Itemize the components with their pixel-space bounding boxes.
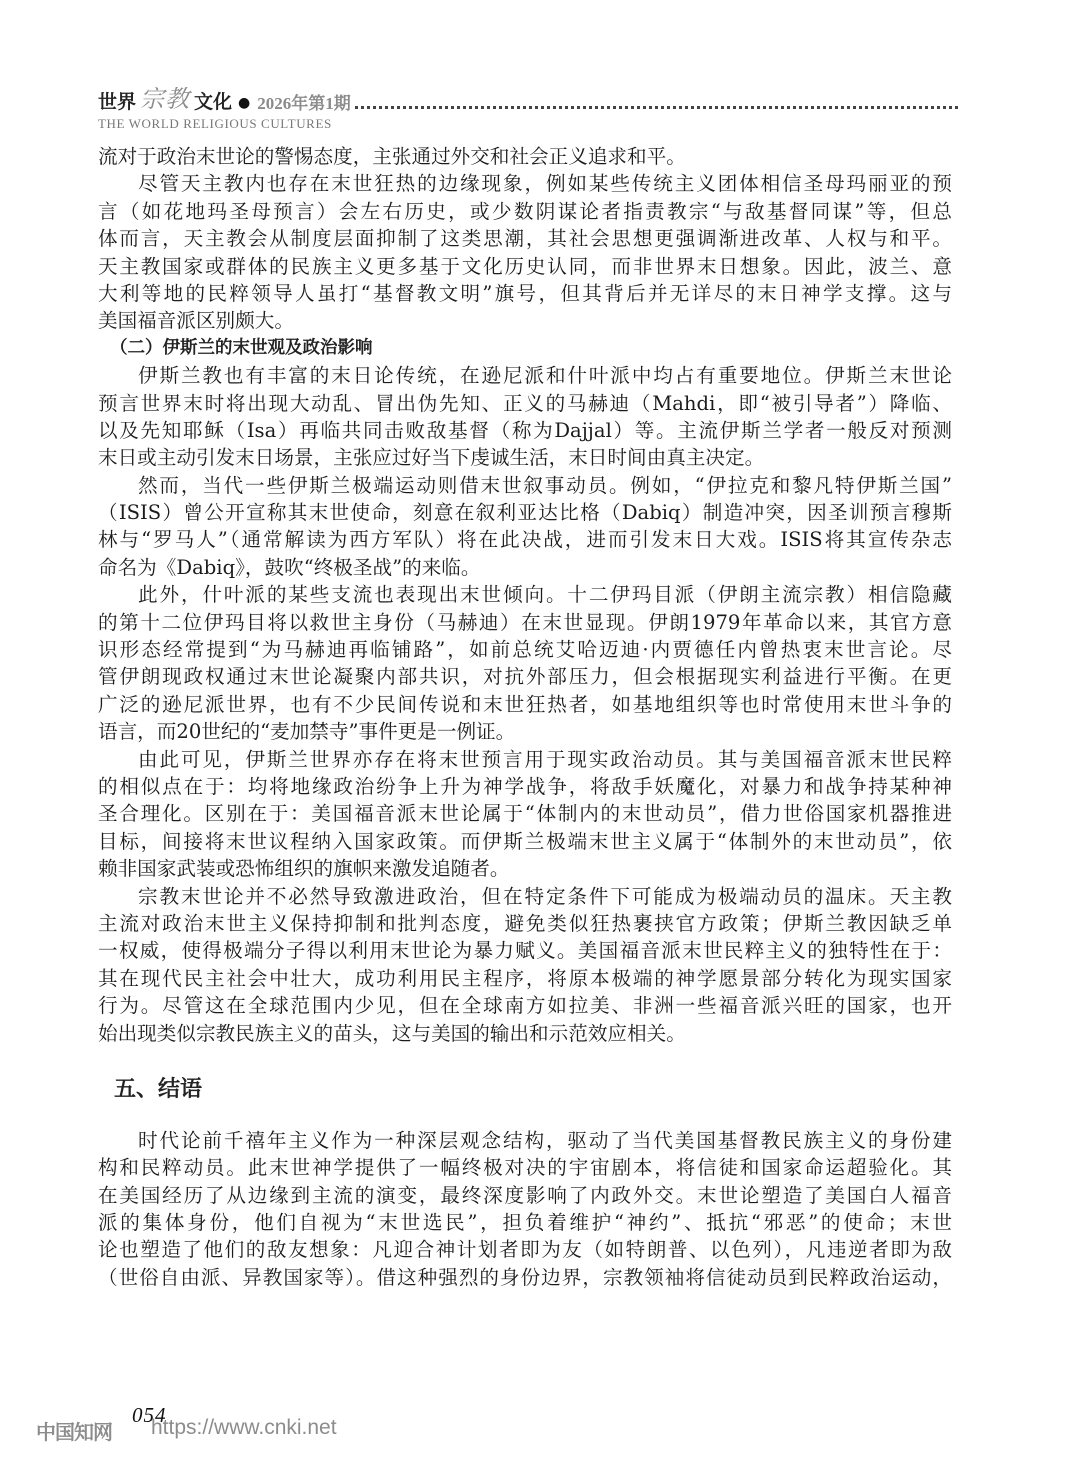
text-line: 行为。尽管这在全球范围内少见，但在全球南方如拉美、非洲一些福音派兴旺的国家，也开	[98, 992, 952, 1019]
paragraph: 宗教末世论并不必然导致激进政治，但在特定条件下可能成为极端动员的温床。天主教 主…	[98, 883, 952, 1047]
text-line: 赖非国家武装或恐怖组织的旗帜来激发追随者。	[98, 855, 952, 882]
text-line: 派的集体身份，他们自视为“末世选民”，担负着维护“神约”、抵抗“邪恶”的使命；末…	[98, 1209, 952, 1236]
article-body: 流对于政治末世论的警惕态度，主张通过外交和社会正义追求和平。 尽管天主教内也存在…	[98, 143, 952, 1291]
running-header: 世界 宗教 文化 ● 2026年第1期 THE WORLD RELIGIOUS …	[98, 86, 958, 132]
text-line: 语言，而20世纪的“麦加禁寺”事件更是一例证。	[98, 718, 952, 745]
text-line: 伊斯兰教也有丰富的末日论传统，在逊尼派和什叶派中均占有重要地位。伊斯兰末世论	[98, 362, 952, 389]
spacer	[98, 1109, 952, 1127]
paragraph: 由此可见，伊斯兰世界亦存在将末世预言用于现实政治动员。其与美国福音派末世民粹 的…	[98, 746, 952, 883]
subsection-heading: （二）伊斯兰的末世观及政治影响	[98, 335, 952, 362]
text-line: 林与“罗马人”（通常解读为西方军队）将在此决战，进而引发末日大戏。ISIS将其宣…	[98, 526, 952, 553]
text-line: 构和民粹动员。此末世神学提供了一幅终极对决的宇宙剧本，将信徒和国家命运超验化。其	[98, 1154, 952, 1181]
cnki-watermark-url: https://www.cnki.net	[151, 1416, 337, 1440]
paragraph: 然而，当代一些伊斯兰极端运动则借末世叙事动员。例如，“伊拉克和黎凡特伊斯兰国” …	[98, 472, 952, 582]
text-line: （ISIS）曾公开宣称其末世使命，刻意在叙利亚达比格（Dabiq）制造冲突，因圣…	[98, 499, 952, 526]
journal-title-part1: 世界	[98, 87, 136, 114]
text-line: 宗教末世论并不必然导致激进政治，但在特定条件下可能成为极端动员的温床。天主教	[98, 883, 952, 910]
page-footer: 中国知网 054 https://www.cnki.net	[36, 1402, 536, 1452]
text-line: 命名为《Dabiq》，鼓吹“终极圣战”的来临。	[98, 554, 952, 581]
spacer	[98, 1047, 952, 1069]
issue-label: 2026年第1期	[257, 89, 351, 114]
text-line: 由此可见，伊斯兰世界亦存在将末世预言用于现实政治动员。其与美国福音派末世民粹	[98, 746, 952, 773]
text-line: 管伊朗现政权通过末世论凝聚内部共识，对抗外部压力，但会根据现实利益进行平衡。在更	[98, 663, 952, 690]
text-line: 的第十二位伊玛目将以救世主身份（马赫迪）在末世显现。伊朗1979年革命以来，其官…	[98, 609, 952, 636]
text-line: 天主教国家或群体的民族主义更多基于文化历史认同，而非世界末日想象。因此，波兰、意	[98, 253, 952, 280]
text-line: 论也塑造了他们的敌友想象：凡迎合神计划者即为友（如特朗普、以色列），凡违逆者即为…	[98, 1236, 952, 1263]
bullet-icon: ●	[238, 95, 250, 111]
text-line: 大利等地的民粹领导人虽打“基督教文明”旗号，但其背后并无详尽的末日神学支撑。这与	[98, 280, 952, 307]
text-line: 在美国经历了从边缘到主流的演变，最终深度影响了内政外交。末世论塑造了美国白人福音	[98, 1182, 952, 1209]
text-line: 以及先知耶稣（Isa）再临共同击败敌基督（称为Dajjal）等。主流伊斯兰学者一…	[98, 417, 952, 444]
text-line: 然而，当代一些伊斯兰极端运动则借末世叙事动员。例如，“伊拉克和黎凡特伊斯兰国”	[98, 472, 952, 499]
paragraph: 此外，什叶派的某些支流也表现出末世倾向。十二伊玛目派（伊朗主流宗教）相信隐藏 的…	[98, 581, 952, 745]
text-line: 主流对政治末世主义保持抑制和批判态度，避免类似狂热裹挟官方政策；伊斯兰教因缺乏单	[98, 910, 952, 937]
text-line: 一权威，使得极端分子得以利用末世论为暴力赋义。美国福音派末世民粹主义的独特性在于…	[98, 937, 952, 964]
text-line: 体而言，天主教会从制度层面抑制了这类思潮，其社会思想更强调渐进改革、人权与和平。	[98, 225, 952, 252]
paragraph: 伊斯兰教也有丰富的末日论传统，在逊尼派和什叶派中均占有重要地位。伊斯兰末世论 预…	[98, 362, 952, 472]
text-line: 言（如花地玛圣母预言）会左右历史，或少数阴谋论者指责教宗“与敌基督同谋”等，但总	[98, 198, 952, 225]
text-line: 时代论前千禧年主义作为一种深层观念结构，驱动了当代美国基督教民族主义的身份建	[98, 1127, 952, 1154]
paragraph: 时代论前千禧年主义作为一种深层观念结构，驱动了当代美国基督教民族主义的身份建 构…	[98, 1127, 952, 1291]
text-line: 识形态经常提到“为马赫迪再临铺路”，如前总统艾哈迈迪·内贾德任内曾热衷末世言论。…	[98, 636, 952, 663]
text-line: 始出现类似宗教民族主义的苗头，这与美国的输出和示范效应相关。	[98, 1020, 952, 1047]
journal-title-part2: 文化	[194, 87, 232, 114]
journal-title-script: 宗教	[140, 79, 190, 114]
text-line: 美国福音派区别颇大。	[98, 307, 952, 334]
cnki-watermark-logo: 中国知网	[36, 1416, 112, 1445]
paragraph: 尽管天主教内也存在末世狂热的边缘现象，例如某些传统主义团体相信圣母玛丽亚的预 言…	[98, 170, 952, 334]
text-line: 的相似点在于：均将地缘政治纷争上升为神学战争，将敌手妖魔化，对暴力和战争持某种神	[98, 773, 952, 800]
text-line: 圣合理化。区别在于：美国福音派末世论属于“体制内的末世动员”，借力世俗国家机器推…	[98, 800, 952, 827]
dotted-leader	[355, 106, 958, 109]
paragraph: 流对于政治末世论的警惕态度，主张通过外交和社会正义追求和平。	[98, 143, 952, 170]
text-line: 其在现代民主社会中壮大，成功利用民主程序，将原本极端的神学愿景部分转化为现实国家	[98, 965, 952, 992]
text-line: 流对于政治末世论的警惕态度，主张通过外交和社会正义追求和平。	[98, 143, 952, 170]
journal-title-english: THE WORLD RELIGIOUS CULTURES	[98, 116, 958, 132]
text-line: 末日或主动引发末日场景，主张应过好当下虔诚生活，末日时间由真主决定。	[98, 444, 952, 471]
text-line: 广泛的逊尼派世界，也有不少民间传说和末世狂热者，如基地组织等也时常使用末世斗争的	[98, 691, 952, 718]
text-line: 尽管天主教内也存在末世狂热的边缘现象，例如某些传统主义团体相信圣母玛丽亚的预	[98, 170, 952, 197]
text-line: 此外，什叶派的某些支流也表现出末世倾向。十二伊玛目派（伊朗主流宗教）相信隐藏	[98, 581, 952, 608]
text-line: 预言世界末时将出现大动乱、冒出伪先知、正义的马赫迪（Mahdi，即“被引导者”）…	[98, 390, 952, 417]
text-line: 目标，间接将末世议程纳入国家政策。而伊斯兰极端末世主义属于“体制外的末世动员”，…	[98, 828, 952, 855]
section-heading: 五、结语	[98, 1069, 952, 1109]
text-line: （世俗自由派、异教国家等）。借这种强烈的身份边界，宗教领袖将信徒动员到民粹政治运…	[98, 1264, 952, 1291]
